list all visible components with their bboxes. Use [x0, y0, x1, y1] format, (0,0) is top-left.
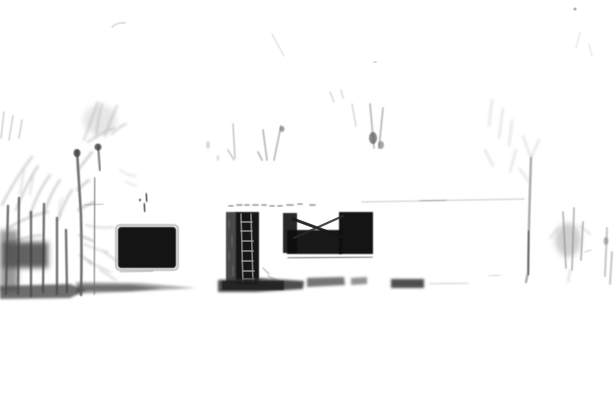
thicket-dark-blob2 — [0, 230, 18, 292]
photograph — [0, 0, 614, 408]
gable-mark-lower-dash — [144, 204, 145, 211]
gable-mark-dot — [139, 198, 142, 201]
door-jamb-shadow — [226, 212, 237, 283]
mid-twig-knot — [280, 126, 285, 132]
second-trunk-knot — [95, 144, 102, 151]
third-trunk — [94, 178, 95, 294]
speck-topmid — [373, 61, 377, 63]
eave-line-right-dark-dash — [420, 200, 446, 201]
opening-right-block — [339, 212, 373, 254]
shadow-speck-far — [489, 275, 500, 276]
floating-speck-2 — [217, 155, 220, 161]
main-trunk-knot — [74, 149, 81, 157]
window-left-glass — [118, 227, 176, 268]
opening-sill-line — [288, 257, 372, 258]
shadow-faint-right — [430, 283, 468, 284]
shadow-segment-2 — [391, 279, 424, 288]
center-branch-knot — [369, 132, 377, 144]
gable-mark-upper-dash — [146, 194, 147, 201]
center-branch-knot2 — [378, 141, 384, 149]
photo-canvas — [0, 0, 614, 408]
shadow-segment-1b — [351, 277, 367, 285]
scene-svg — [0, 0, 614, 408]
floating-speck-1 — [206, 141, 210, 149]
right-cluster-blob — [555, 223, 581, 257]
right-edge-knot — [604, 237, 609, 245]
shadow-under-door-core — [222, 281, 284, 290]
topright-speck — [574, 8, 577, 11]
right-tree-trunk-dark — [528, 232, 529, 274]
doorway-dark — [236, 212, 259, 285]
ladder-rungs — [241, 222, 254, 279]
